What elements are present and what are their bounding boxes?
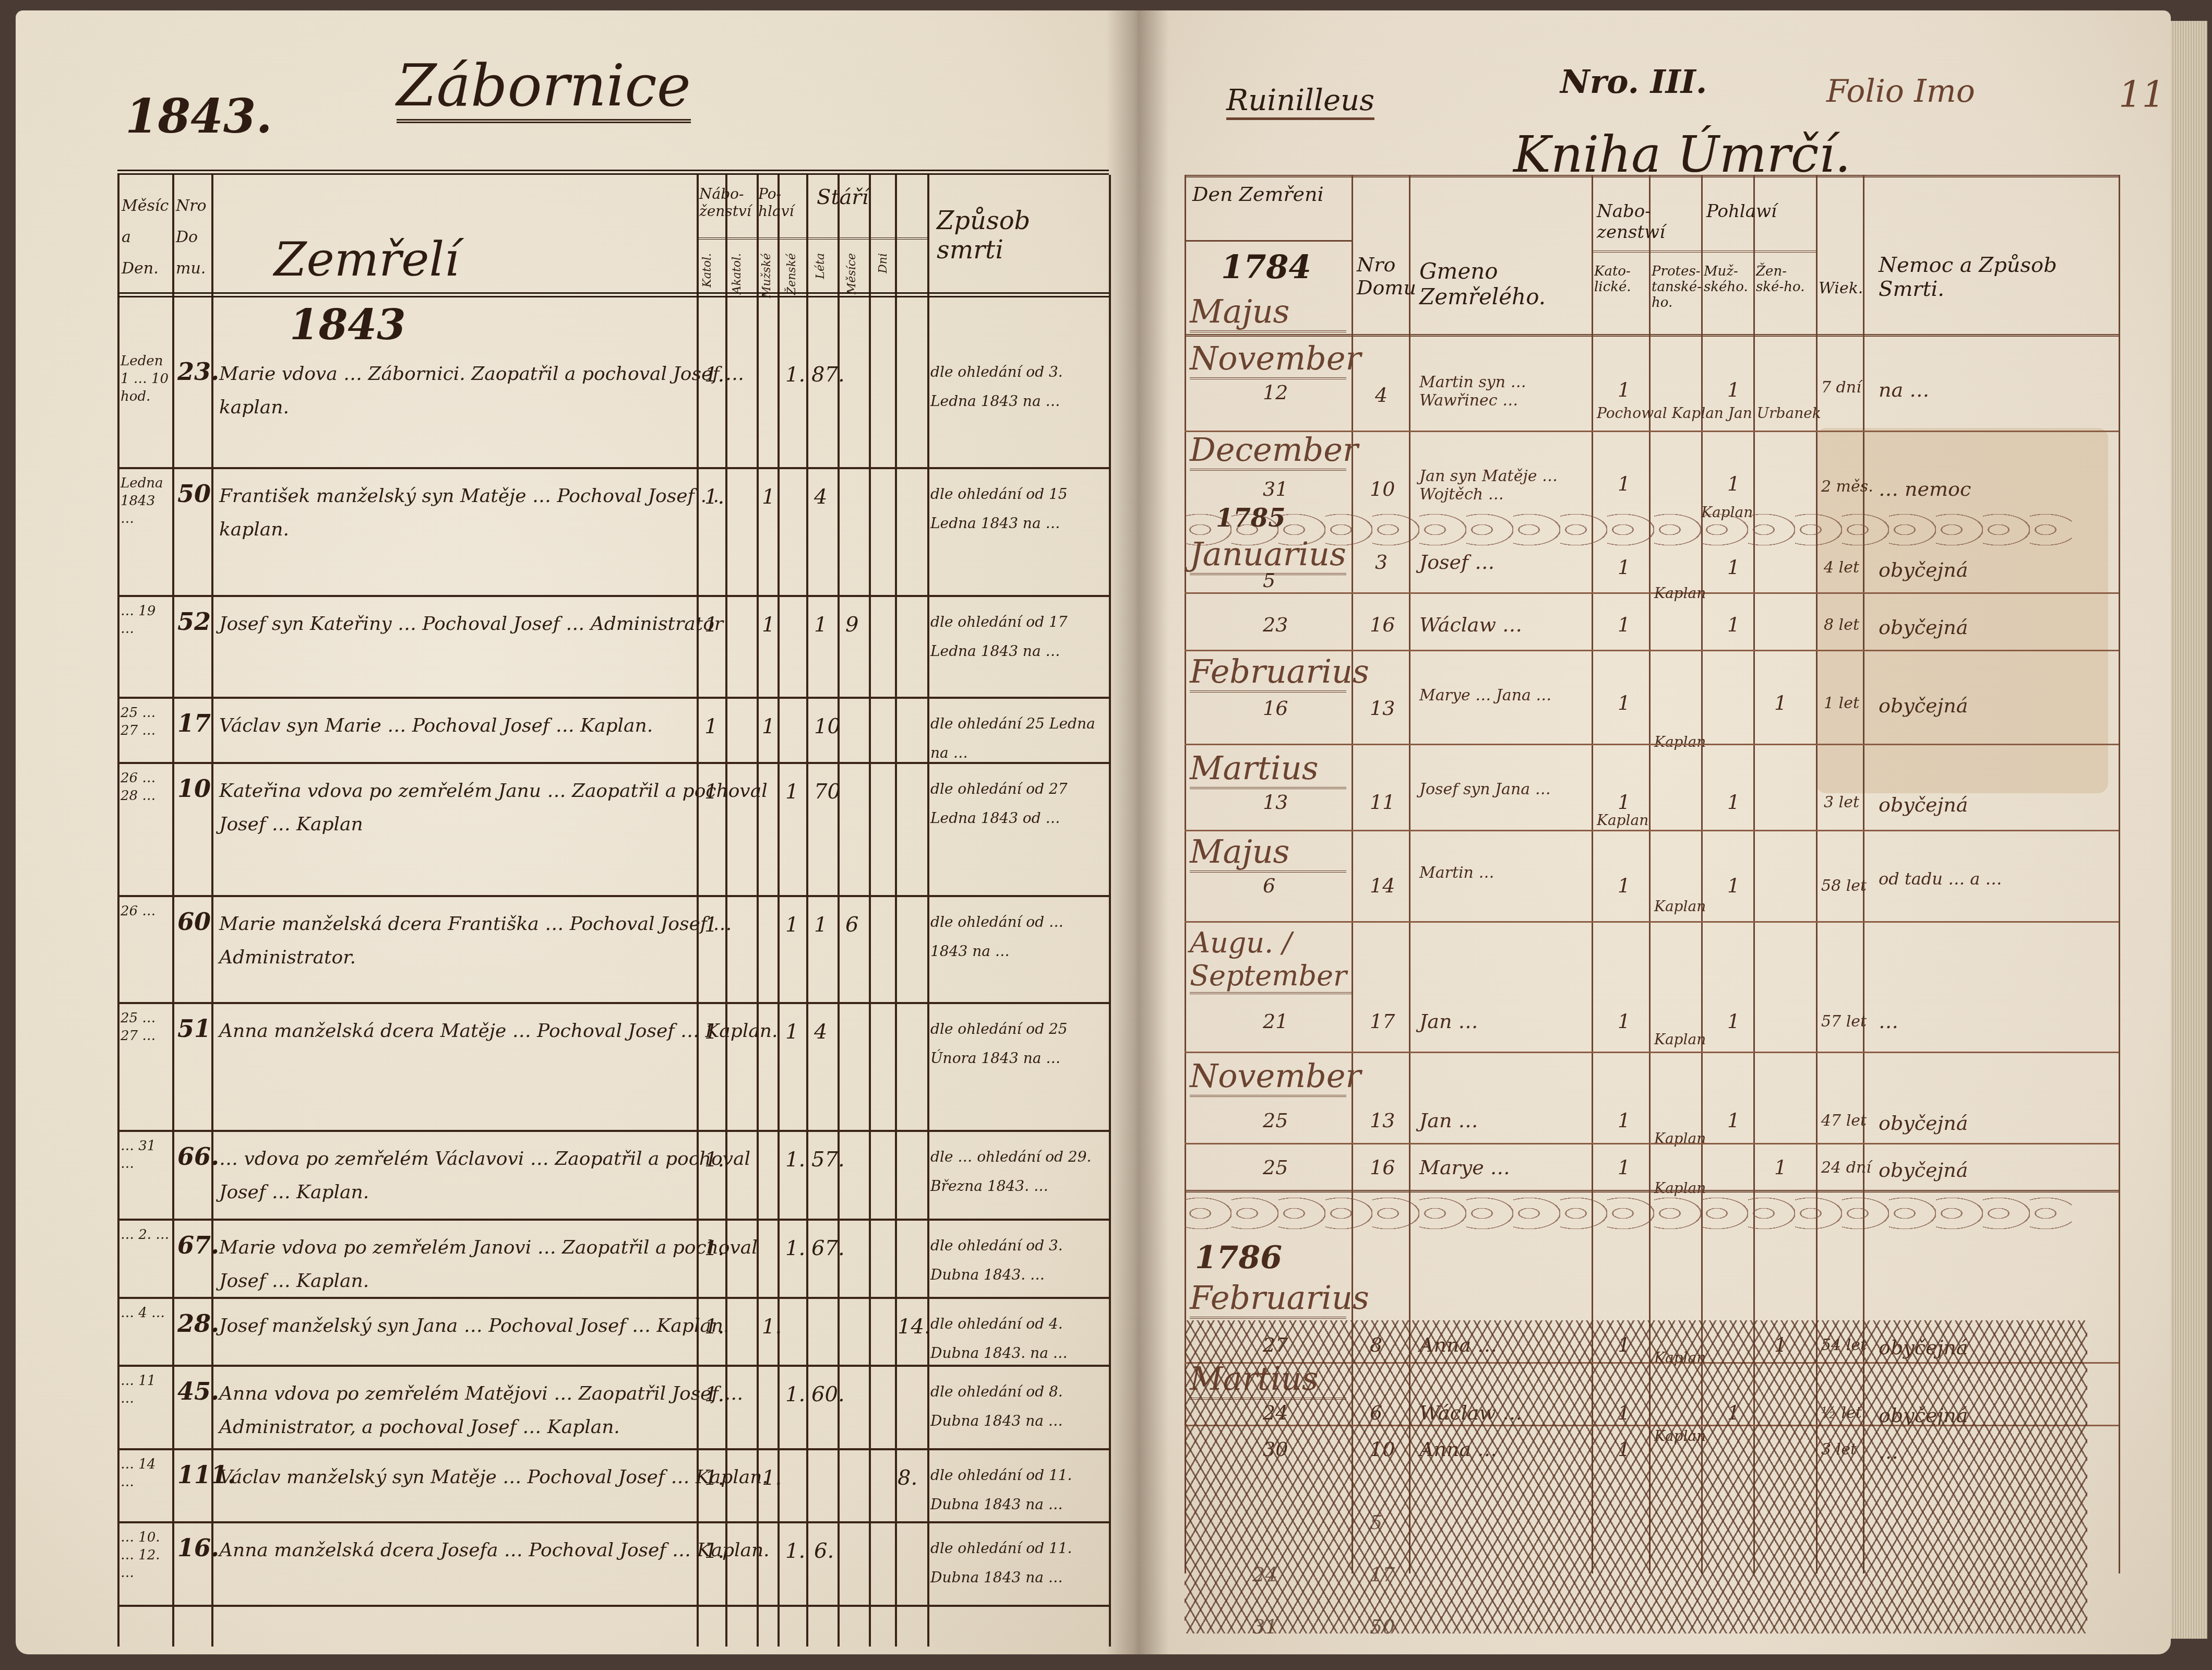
subheader-male: Muž-ského. [1704, 264, 1753, 295]
month-label: Majus [1190, 832, 1346, 873]
table-row: 25 … 27 … 17 Václav syn Marie … Pochoval… [117, 697, 1109, 699]
header-religion: Nabo-zenstwí [1597, 201, 1696, 243]
page-edges [2171, 21, 2207, 1639]
subheader-1: Akatol. [731, 253, 744, 294]
table-row: … 2. … 67. Marie vdova po zemřelém Janov… [117, 1219, 1109, 1221]
subheader-5: Měsíce [845, 253, 858, 294]
left-register-table: Měsíc a Den. Nro Do mu. Zemřelí Nábo-žen… [117, 170, 1109, 1647]
month-label: November [1190, 339, 1346, 379]
subheader-protestant: Protes-tanské-ho. [1652, 264, 1701, 311]
left-page-title: Zábornice [397, 52, 691, 123]
crossed-out-hatching [1185, 1320, 2087, 1633]
table-row: … 31 … 66. … vdova po zemřelém Václavovi… [117, 1130, 1109, 1132]
subheader-6: Dni [877, 253, 890, 273]
folio-label: Folio Imo [1826, 73, 1975, 110]
table-row: Ledna 1843 … 50 František manželský syn … [117, 467, 1109, 469]
book-number: Nro. III. [1560, 63, 1707, 101]
header-deceased: Zemřelí [274, 232, 459, 287]
subheader-0: Katol. [701, 253, 714, 288]
header-religion: Nábo-ženství [699, 185, 757, 220]
month-label: Majus [1190, 292, 1346, 332]
year-1786: 1786 [1195, 1239, 1282, 1276]
header-age: Wiek. [1819, 279, 1863, 297]
book-spread: 1843. Zábornice Měsíc a Den. Nro Do mu. … [0, 0, 2212, 1670]
subheader-3: Ženské [785, 253, 798, 295]
book-gutter [1106, 10, 1169, 1654]
table-row: … 19 … 52 Josef syn Kateřiny … Pochoval … [117, 595, 1109, 597]
subheader-4: Léta [814, 253, 827, 279]
table-row: … 10. … 12. … 16. Anna manželská dcera J… [117, 1521, 1109, 1523]
header-cause: Nemoc a Způsob Smrti. [1879, 253, 2108, 301]
section-year: 1843 [290, 300, 406, 349]
month-label: Martius [1190, 749, 1346, 789]
month-label: December [1190, 431, 1346, 471]
header-month-day: Měsíc a Den. [122, 190, 171, 284]
page-number: 11 [2119, 73, 2165, 116]
table-row: 26 … 60 Marie manželská dcera Františka … [117, 895, 1109, 897]
left-corner-year: 1843. [125, 89, 272, 144]
header-sex: Po-hlaví [758, 185, 805, 220]
header-cause: Způsob smrti [937, 206, 1093, 265]
header-house-no: Nro Do mu. [176, 190, 210, 284]
table-row: 26 … 28 … 10 Kateřina vdova po zemřelém … [117, 762, 1109, 764]
header-age: Stáří [817, 185, 890, 209]
month-label: Augu. / September [1190, 926, 1352, 994]
table-row: … 4 … 28. Josef manželský syn Jana … Poc… [117, 1297, 1109, 1299]
header-date: Den Zemřeni [1192, 183, 1324, 206]
table-row: … 11 … 45. Anna vdova po zemřelém Matějo… [117, 1365, 1109, 1367]
subheader-female: Žen-ské-ho. [1756, 264, 1813, 295]
subheader-2: Mužské [760, 253, 773, 298]
month-label: Februarius [1190, 1279, 1346, 1319]
corner-note: Ruinilleus [1226, 83, 1374, 120]
subheader-catholic: Kato-lické. [1594, 264, 1646, 295]
header-name: Gmeno Zemřelého. [1419, 258, 1576, 309]
year-1785: 1785 [1216, 504, 1286, 533]
month-label: Februarius [1190, 652, 1346, 693]
header-house: Nro Domu [1357, 253, 1404, 299]
header-sex: Pohlawí [1706, 201, 1811, 222]
table-row: 25 … 27 … 51 Anna manželská dcera Matěje… [117, 1002, 1109, 1004]
year-1784: 1784 [1221, 248, 1311, 286]
table-row: … 14 … 111. Václav manželský syn Matěje … [117, 1448, 1109, 1450]
month-label: November [1190, 1057, 1346, 1097]
